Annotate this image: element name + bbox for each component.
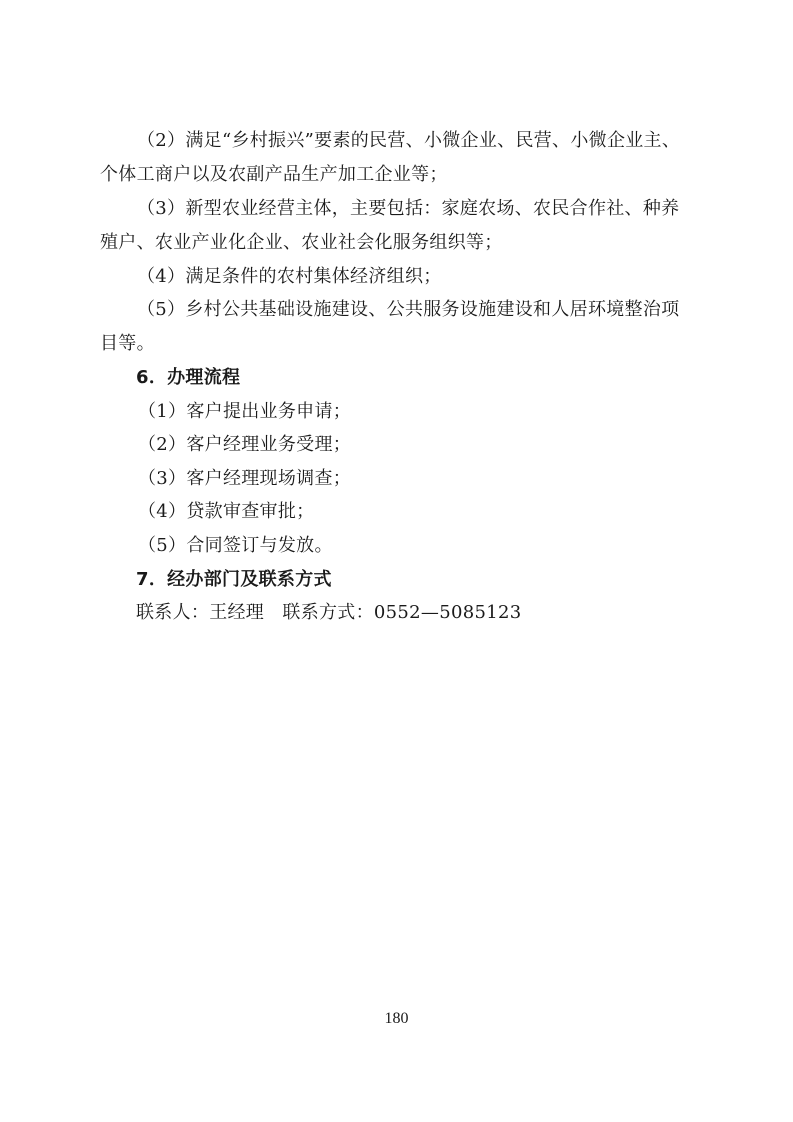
section-heading-contact: 7．经办部门及联系方式 [136, 568, 332, 592]
page-number: 180 [0, 1010, 793, 1028]
paragraph-line: （3）新型农业经营主体，主要包括：家庭农场、农民合作社、种养 [137, 197, 679, 221]
paragraph-line: 个体工商户以及农副产品生产加工企业等； [100, 163, 448, 187]
section-heading-process: 6．办理流程 [136, 366, 240, 390]
process-step: （3）客户经理现场调查； [138, 467, 351, 491]
document-page: （2）满足“乡村振兴”要素的民营、小微企业、民营、小微企业主、 个体工商户以及农… [0, 0, 793, 1122]
paragraph-line: （2）满足“乡村振兴”要素的民营、小微企业、民营、小微企业主、 [137, 129, 680, 153]
paragraph-line: 目等。 [100, 332, 155, 356]
paragraph-line: （5）乡村公共基础设施建设、公共服务设施建设和人居环境整治项 [137, 298, 679, 322]
process-step: （2）客户经理业务受理； [138, 433, 351, 457]
process-step: （1）客户提出业务申请； [138, 400, 351, 424]
process-step: （5）合同签订与发放。 [138, 534, 333, 558]
process-step: （4）贷款审查审批； [138, 500, 314, 524]
paragraph-line: 殖户、农业产业化企业、农业社会化服务组织等； [100, 231, 503, 255]
paragraph-line: （4）满足条件的农村集体经济组织； [137, 265, 442, 289]
contact-info: 联系人：王经理 联系方式：0552—5085123 [136, 601, 521, 625]
